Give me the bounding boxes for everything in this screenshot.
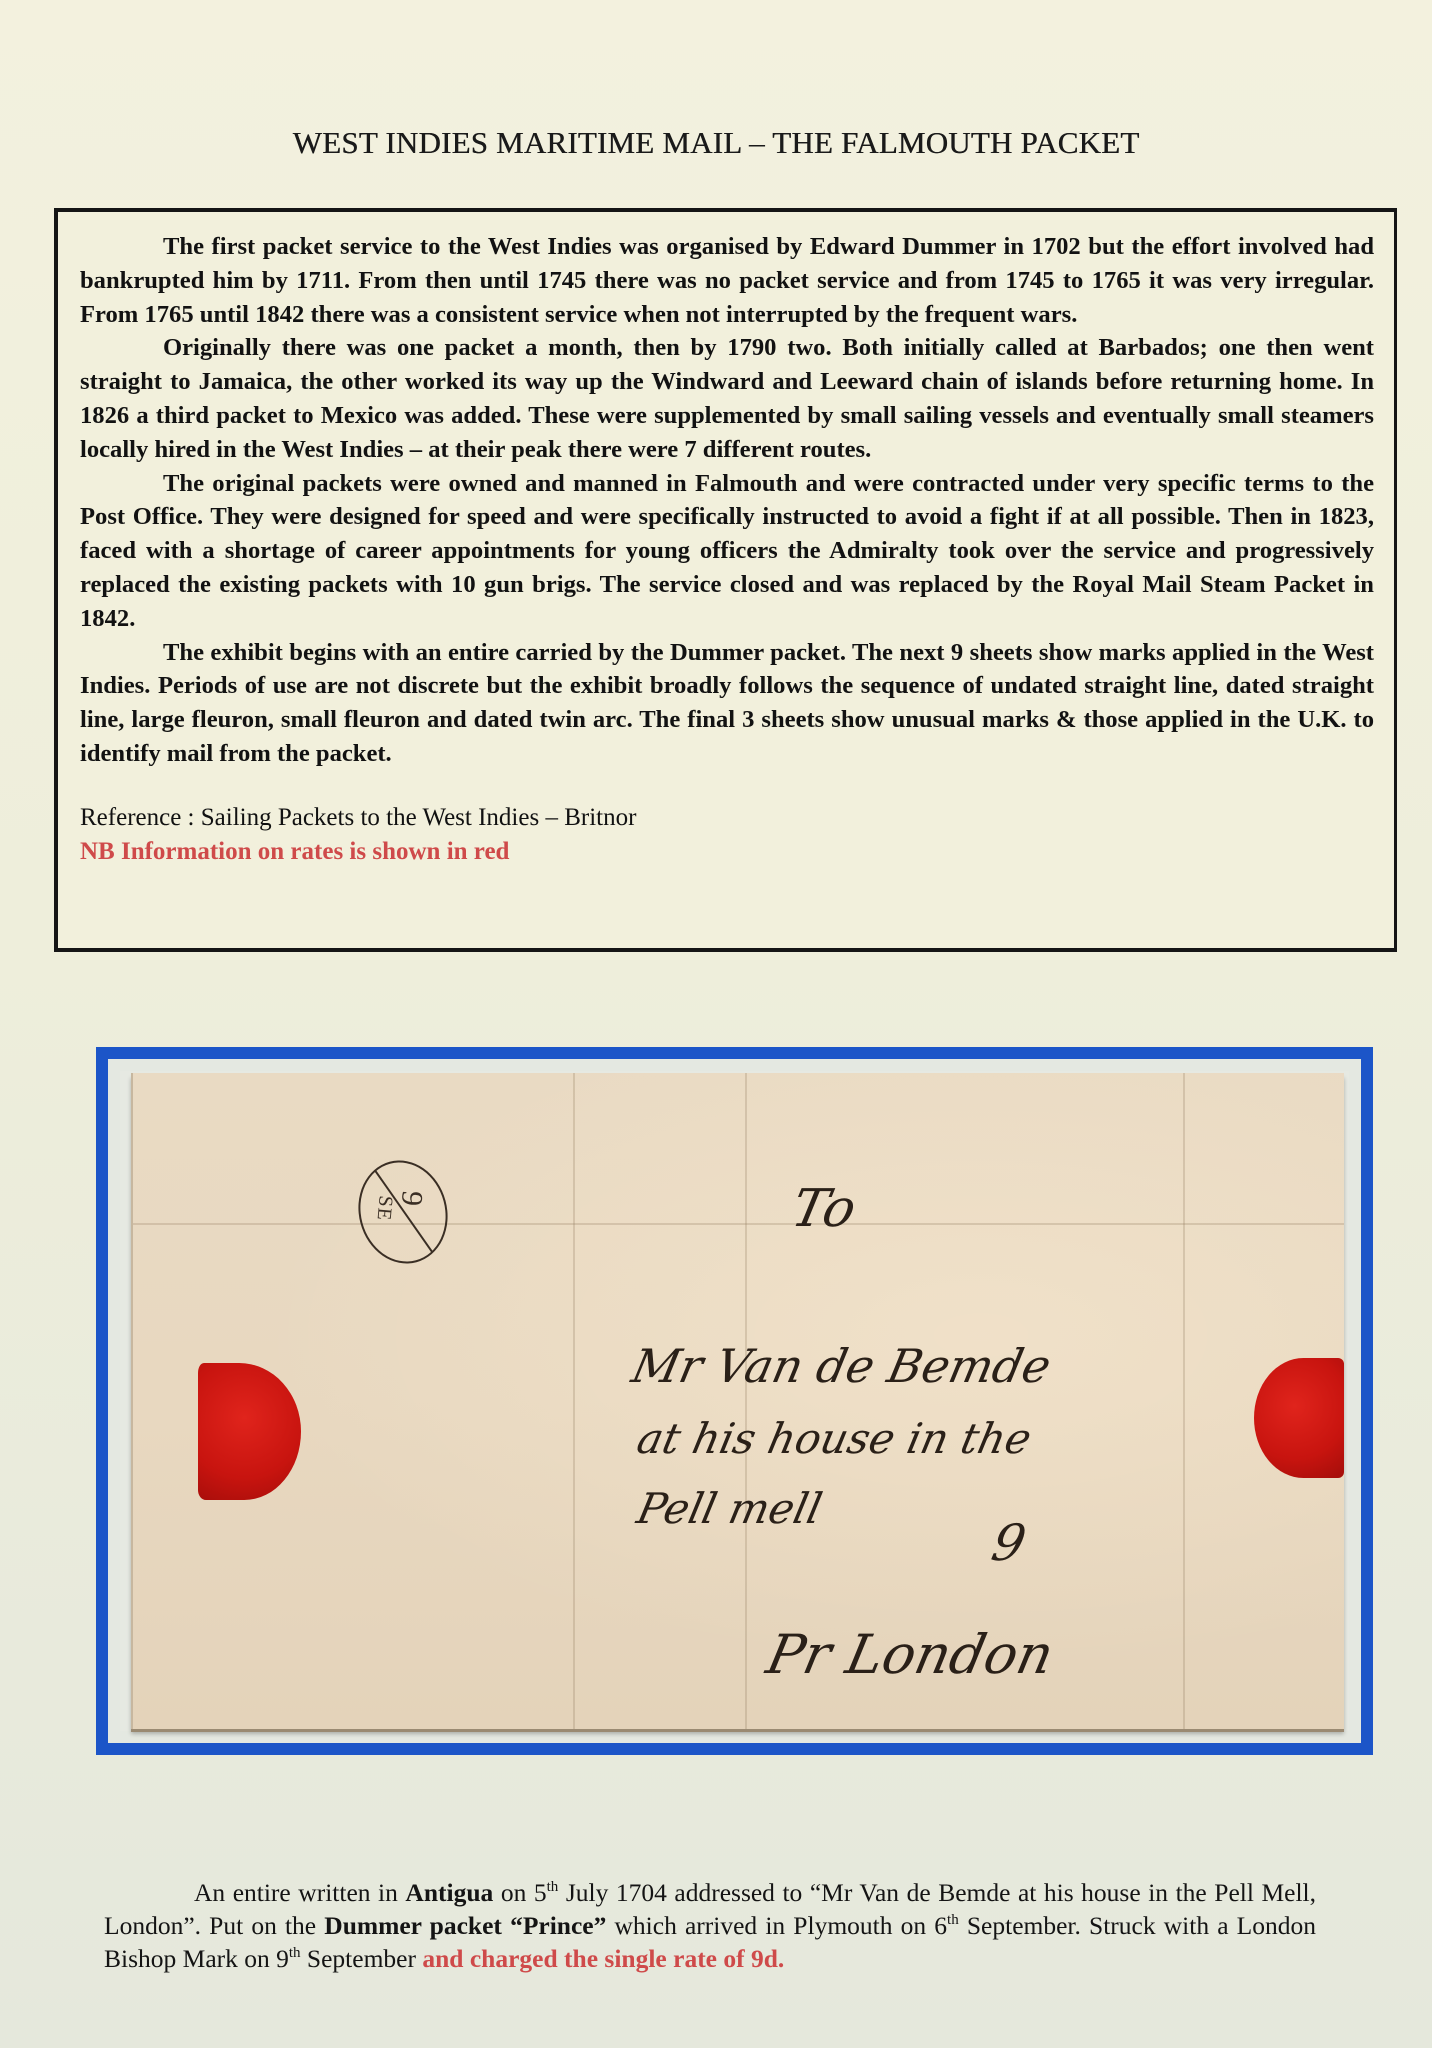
cover-description: An entire written in Antigua on 5th July…: [104, 1876, 1316, 1975]
intro-paragraph: The exhibit begins with an entire carrie…: [80, 636, 1374, 771]
address-line: Mr Van de Bemde: [628, 1343, 1055, 1389]
bishop-mark-postmark-icon: 9 SE: [347, 1150, 459, 1273]
postal-entire-cover: 9 SE To Mr Van de Bemde at his house in …: [131, 1073, 1344, 1729]
rates-note: NB Information on rates is shown in red: [80, 835, 1374, 869]
introduction-box: The first packet service to the West Ind…: [54, 208, 1397, 952]
page-title: WEST INDIES MARITIME MAIL – THE FALMOUTH…: [0, 125, 1432, 161]
rate-note: and charged the single rate of 9d.: [422, 1944, 784, 1973]
fold-line: [133, 1223, 1344, 1225]
rate-marking: 9: [988, 1518, 1030, 1568]
wax-seal-icon: [1254, 1358, 1344, 1478]
reference-line: Reference : Sailing Packets to the West …: [80, 801, 1374, 835]
fold-line: [745, 1073, 747, 1729]
address-line: Pell mell: [634, 1488, 826, 1530]
intro-paragraph: The original packets were owned and mann…: [80, 467, 1374, 636]
intro-paragraph: Originally there was one packet a month,…: [80, 331, 1374, 466]
address-line: Pr London: [762, 1628, 1058, 1682]
intro-paragraph: The first packet service to the West Ind…: [80, 230, 1374, 331]
postmark-month: SE: [372, 1195, 397, 1222]
fold-line: [573, 1073, 575, 1729]
postmark-day: 9: [394, 1189, 429, 1207]
address-line: To: [787, 1183, 860, 1235]
wax-seal-icon: [198, 1363, 301, 1500]
address-line: at his house in the: [634, 1418, 1035, 1460]
reference-block: Reference : Sailing Packets to the West …: [80, 801, 1374, 869]
origin-place: Antigua: [405, 1878, 493, 1907]
fold-line: [1183, 1073, 1185, 1729]
ship-name: Dummer packet “Prince”: [324, 1911, 606, 1940]
